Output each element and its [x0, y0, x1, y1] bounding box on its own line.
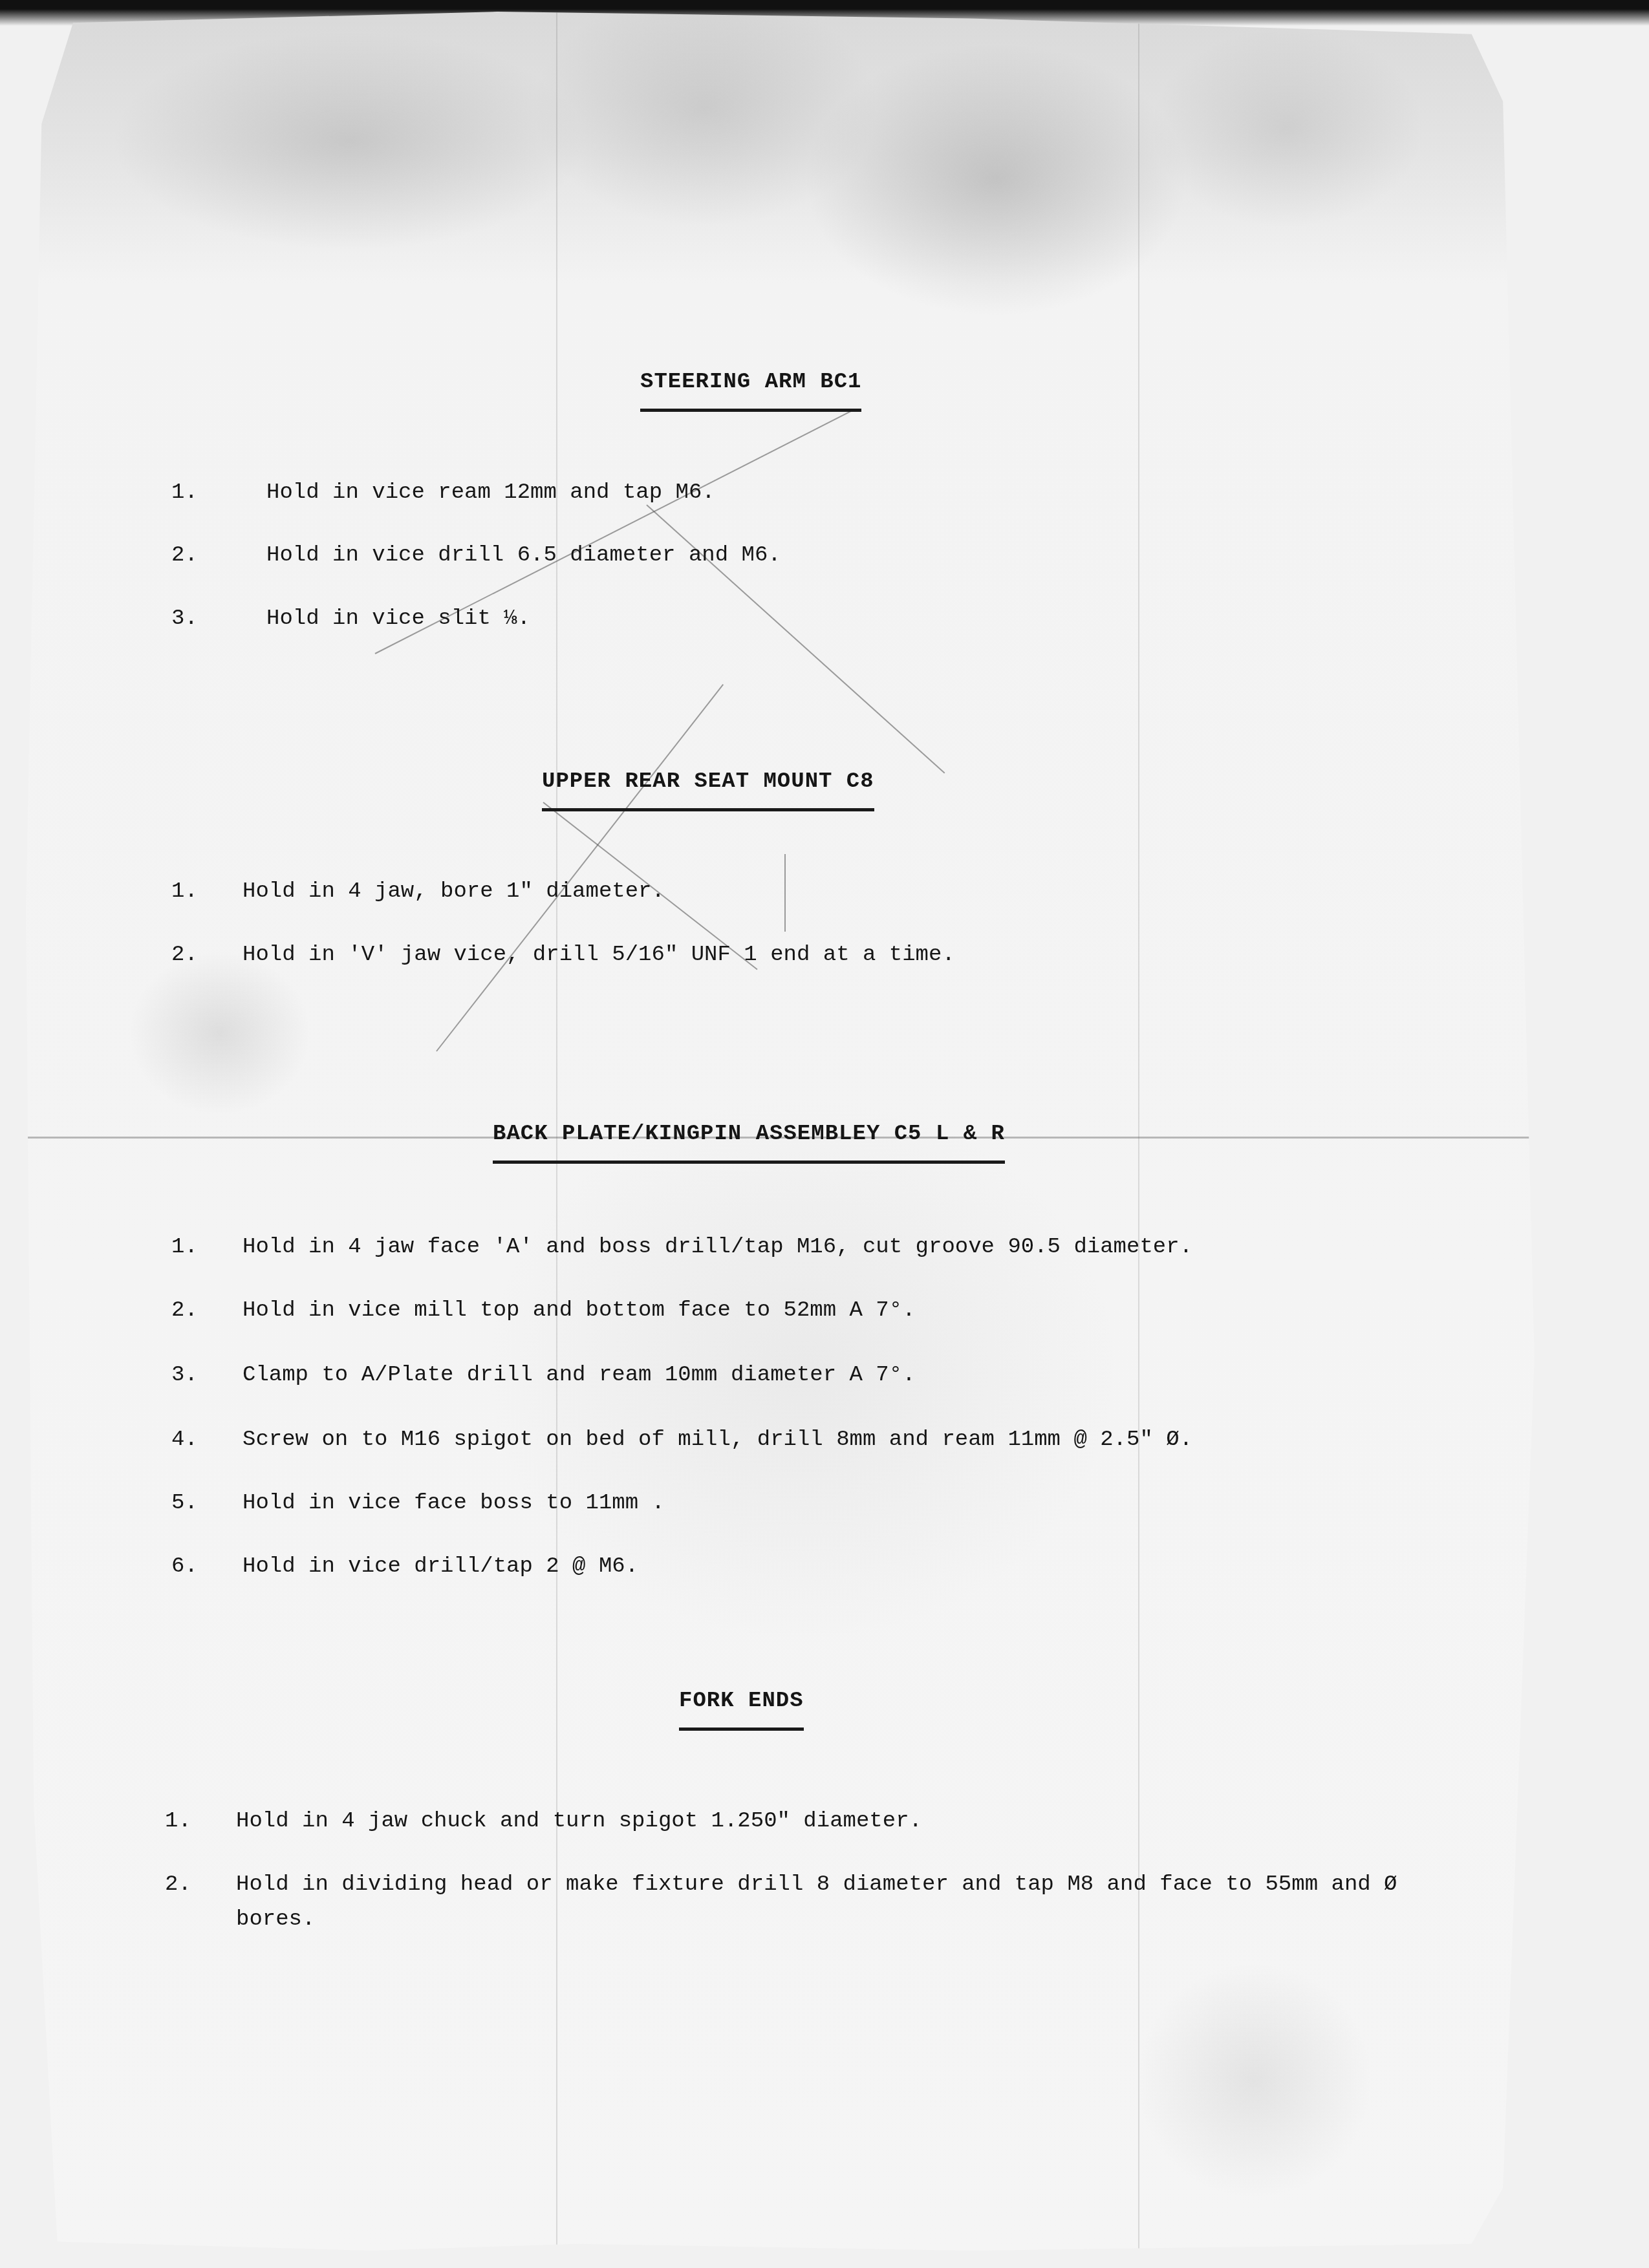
step-text: Hold in vice face boss to 11mm . [242, 1486, 665, 1521]
step-number: 1. [171, 874, 242, 909]
step-text: Hold in vice drill 6.5 diameter and M6. [242, 538, 781, 573]
section-heading-text: FORK ENDS [679, 1689, 804, 1713]
section-heading-text: STEERING ARM BC1 [640, 370, 861, 394]
list-item: 1.Hold in 4 jaw chuck and turn spigot 1.… [165, 1804, 922, 1839]
step-number: 2. [171, 937, 242, 972]
list-item: 2.Hold in vice drill 6.5 diameter and M6… [171, 538, 781, 573]
heading-underline [493, 1161, 1005, 1164]
list-item: 3.Clamp to A/Plate drill and ream 10mm d… [171, 1358, 916, 1393]
step-text: Hold in vice ream 12mm and tap M6. [242, 475, 715, 510]
step-number: 2. [171, 538, 242, 573]
pencil-vertical-mark [784, 854, 786, 932]
list-item: 6.Hold in vice drill/tap 2 @ M6. [171, 1549, 638, 1584]
step-text: Hold in 4 jaw chuck and turn spigot 1.25… [236, 1804, 922, 1839]
heading-underline [542, 808, 874, 811]
step-number: 5. [171, 1486, 242, 1521]
heading-underline [640, 409, 861, 412]
section-heading-text: BACK PLATE/KINGPIN ASSEMBLEY C5 L & R [493, 1122, 1005, 1146]
list-item: 5.Hold in vice face boss to 11mm . [171, 1486, 665, 1521]
step-text: Hold in vice slit ⅛. [242, 601, 530, 636]
step-text: Hold in 4 jaw face 'A' and boss drill/ta… [242, 1230, 1192, 1265]
step-text: Hold in vice mill top and bottom face to… [242, 1293, 916, 1328]
list-item: 1.Hold in 4 jaw, bore 1" diameter. [171, 874, 665, 909]
step-text: Screw on to M16 spigot on bed of mill, d… [242, 1422, 1192, 1457]
step-number: 3. [171, 1358, 242, 1393]
list-item: 3.Hold in vice slit ⅛. [171, 601, 530, 636]
step-text: Hold in dividing head or make fixture dr… [236, 1867, 1400, 1937]
step-number: 1. [171, 1230, 242, 1265]
step-number: 3. [171, 601, 242, 636]
step-text: Clamp to A/Plate drill and ream 10mm dia… [242, 1358, 916, 1393]
step-text: Hold in 'V' jaw vice, drill 5/16" UNF 1 … [242, 937, 955, 972]
list-item: 1.Hold in vice ream 12mm and tap M6. [171, 475, 715, 510]
step-text: Hold in vice drill/tap 2 @ M6. [242, 1549, 638, 1584]
step-number: 2. [171, 1293, 242, 1328]
list-item: 2.Hold in dividing head or make fixture … [165, 1867, 1400, 1937]
heading-underline [679, 1728, 804, 1731]
list-item: 1.Hold in 4 jaw face 'A' and boss drill/… [171, 1230, 1192, 1265]
step-number: 1. [171, 475, 242, 510]
section-heading-back-plate-kingpin: BACK PLATE/KINGPIN ASSEMBLEY C5 L & R [493, 1122, 1005, 1164]
section-heading-steering-arm: STEERING ARM BC1 [640, 370, 861, 412]
section-heading-upper-rear-seat-mount: UPPER REAR SEAT MOUNT C8 [542, 769, 874, 811]
step-number: 4. [171, 1422, 242, 1457]
list-item: 2.Hold in 'V' jaw vice, drill 5/16" UNF … [171, 937, 955, 972]
step-number: 2. [165, 1867, 236, 1902]
step-text: Hold in 4 jaw, bore 1" diameter. [242, 874, 665, 909]
section-heading-text: UPPER REAR SEAT MOUNT C8 [542, 769, 874, 794]
step-number: 1. [165, 1804, 236, 1839]
section-heading-fork-ends: FORK ENDS [679, 1689, 804, 1731]
list-item: 2.Hold in vice mill top and bottom face … [171, 1293, 916, 1328]
list-item: 4.Screw on to M16 spigot on bed of mill,… [171, 1422, 1192, 1457]
step-number: 6. [171, 1549, 242, 1584]
